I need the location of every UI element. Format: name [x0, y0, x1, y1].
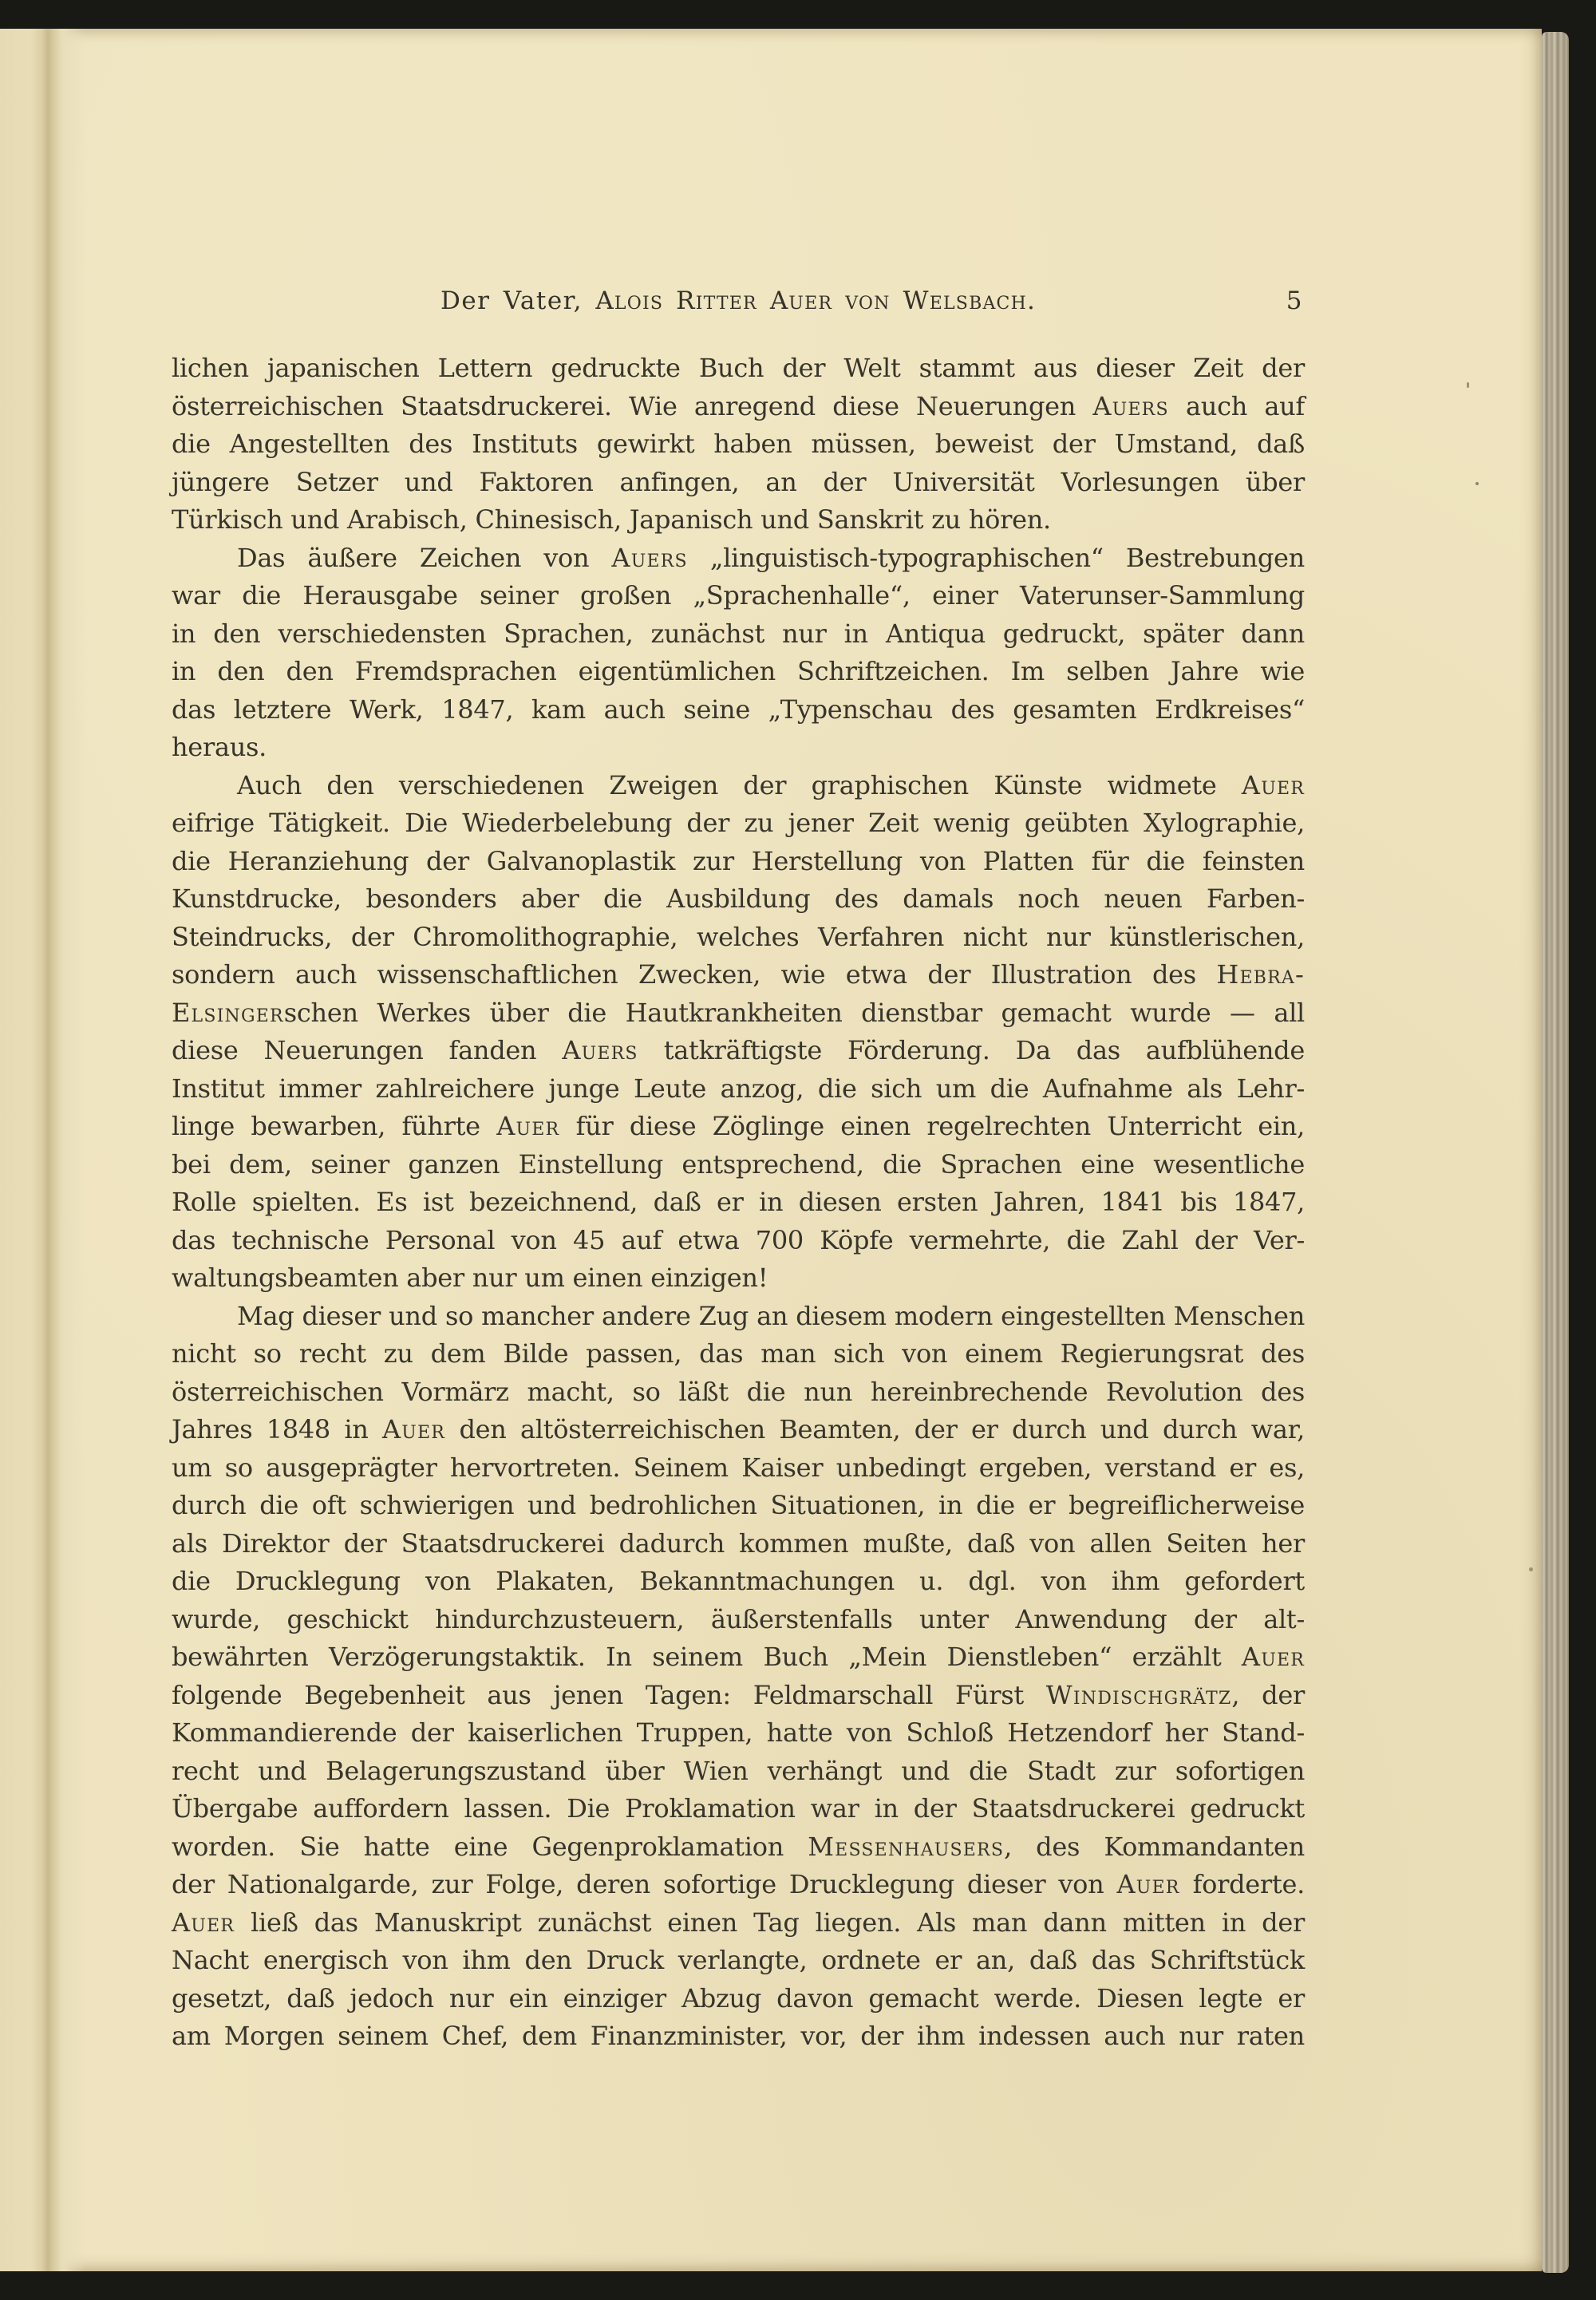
text-line: folgende Begebenheit aus jenen Tagen: Fe…	[172, 1677, 1305, 1715]
text-line: gesetzt, daß jedoch nur ein einziger Abz…	[172, 1980, 1305, 2018]
text-line: Nacht energisch von ihm den Druck verlan…	[172, 1942, 1305, 1980]
text-line: nicht so recht zu dem Bilde passen, das …	[172, 1335, 1305, 1373]
text-line: war die Herausgabe seiner großen „Sprach…	[172, 577, 1305, 615]
text-line: Institut immer zahlreichere junge Leute …	[172, 1070, 1305, 1109]
text-line: am Morgen seinem Chef, dem Finanzministe…	[172, 2017, 1305, 2056]
scan-speck	[1467, 382, 1469, 388]
text-line: Auer ließ das Manuskript zunächst einen …	[172, 1904, 1305, 1942]
text-line: waltungsbeamten aber nur um einen einzig…	[172, 1259, 1305, 1298]
text-line: die Heranziehung der Galvanoplastik zur …	[172, 843, 1305, 881]
text-line: heraus.	[172, 729, 1305, 767]
small-caps-name: Elsinger	[172, 998, 284, 1028]
text-line: Rolle spielten. Es ist bezeichnend, daß …	[172, 1184, 1305, 1222]
small-caps-name: Auer	[1242, 1642, 1305, 1672]
text-line: in den verschiedensten Sprachen, zunächs…	[172, 615, 1305, 654]
text-line: lichen japanischen Lettern gedruckte Buc…	[172, 350, 1305, 388]
text-line: Kommandierende der kaiserlichen Truppen,…	[172, 1714, 1305, 1753]
text-line: durch die oft schwierigen und bedrohlich…	[172, 1487, 1305, 1525]
small-caps-name: Auers	[1092, 391, 1168, 421]
text-line: in den den Fremdsprachen eigentümlichen …	[172, 653, 1305, 691]
text-line: sondern auch wissenschaftlichen Zwecken,…	[172, 956, 1305, 994]
small-caps-name: Auer	[496, 1111, 559, 1141]
page-edge-stack	[1542, 32, 1569, 2273]
text-line: die Angestellten des Instituts gewirkt h…	[172, 425, 1305, 464]
scan-background: Der Vater, Alois Ritter Auer von Welsbac…	[0, 0, 1596, 2300]
text-line: Kunstdrucke, besonders aber die Ausbildu…	[172, 880, 1305, 919]
small-caps-name: Auer	[172, 1907, 235, 1938]
text-line: als Direktor der Staatsdruckerei dadurch…	[172, 1525, 1305, 1563]
text-line: Mag dieser und so mancher andere Zug an …	[172, 1298, 1305, 1336]
text-line: um so ausgeprägter hervortreten. Seinem …	[172, 1449, 1305, 1488]
small-caps-name: Hebra-	[1216, 959, 1305, 990]
text-line: jüngere Setzer und Faktoren anfingen, an…	[172, 464, 1305, 502]
running-head-name: Alois Ritter Auer von Welsbach.	[595, 287, 1036, 315]
text-line: Türkisch und Arabisch, Chinesisch, Japan…	[172, 501, 1305, 539]
page-header: Der Vater, Alois Ritter Auer von Welsbac…	[172, 283, 1305, 319]
text-line: linge bewarben, führte Auer für diese Zö…	[172, 1108, 1305, 1146]
text-line: wurde, geschickt hindurchzusteuern, äuße…	[172, 1601, 1305, 1639]
text-line: das technische Personal von 45 auf etwa …	[172, 1222, 1305, 1260]
running-head-prefix: Der Vater,	[440, 287, 595, 315]
small-caps-name: Auer	[1242, 770, 1305, 800]
small-caps-name: Auer	[382, 1414, 445, 1444]
scan-speck	[1529, 1567, 1533, 1571]
text-line: bei dem, seiner ganzen Einstellung entsp…	[172, 1146, 1305, 1184]
text-line: die Drucklegung von Plakaten, Bekanntmac…	[172, 1563, 1305, 1601]
scan-speck	[1476, 482, 1479, 485]
text-line: Elsingerschen Werkes über die Hautkrankh…	[172, 994, 1305, 1033]
text-line: diese Neuerungen fanden Auers tatkräftig…	[172, 1032, 1305, 1070]
running-head: Der Vater, Alois Ritter Auer von Welsbac…	[172, 283, 1305, 319]
small-caps-name: Windischgrätz	[1046, 1680, 1232, 1710]
header-page-number: 5	[1286, 283, 1303, 319]
text-line: das letztere Werk, 1847, kam auch seine …	[172, 691, 1305, 729]
text-line: österreichischen Vormärz macht, so läßt …	[172, 1373, 1305, 1412]
page-gutter-crease	[0, 29, 88, 2271]
text-line: recht und Belagerungszustand über Wien v…	[172, 1753, 1305, 1791]
text-line: österreichischen Staatsdruckerei. Wie an…	[172, 388, 1305, 426]
text-line: worden. Sie hatte eine Gegenproklamation…	[172, 1828, 1305, 1867]
small-caps-name: Auers	[562, 1035, 638, 1065]
text-line: Jahres 1848 in Auer den altösterreichisc…	[172, 1411, 1305, 1449]
small-caps-name: Messenhausers	[808, 1832, 1004, 1862]
book-page: Der Vater, Alois Ritter Auer von Welsbac…	[0, 29, 1542, 2271]
text-line: Steindrucks, der Chromolithographie, wel…	[172, 919, 1305, 957]
text-line: eifrige Tätigkeit. Die Wiederbelebung de…	[172, 804, 1305, 843]
text-line: bewährten Verzögerungstaktik. In seinem …	[172, 1638, 1305, 1677]
text-line: der Nationalgarde, zur Folge, deren sofo…	[172, 1866, 1305, 1904]
small-caps-name: Auers	[611, 543, 687, 573]
text-line: Auch den verschiedenen Zweigen der graph…	[172, 767, 1305, 805]
small-caps-name: Auer	[1116, 1869, 1179, 1899]
text-block: lichen japanischen Lettern gedruckte Buc…	[172, 350, 1305, 2056]
text-line: Das äußere Zeichen von Auers „linguistis…	[172, 539, 1305, 578]
text-line: Übergabe auffordern lassen. Die Proklama…	[172, 1790, 1305, 1828]
